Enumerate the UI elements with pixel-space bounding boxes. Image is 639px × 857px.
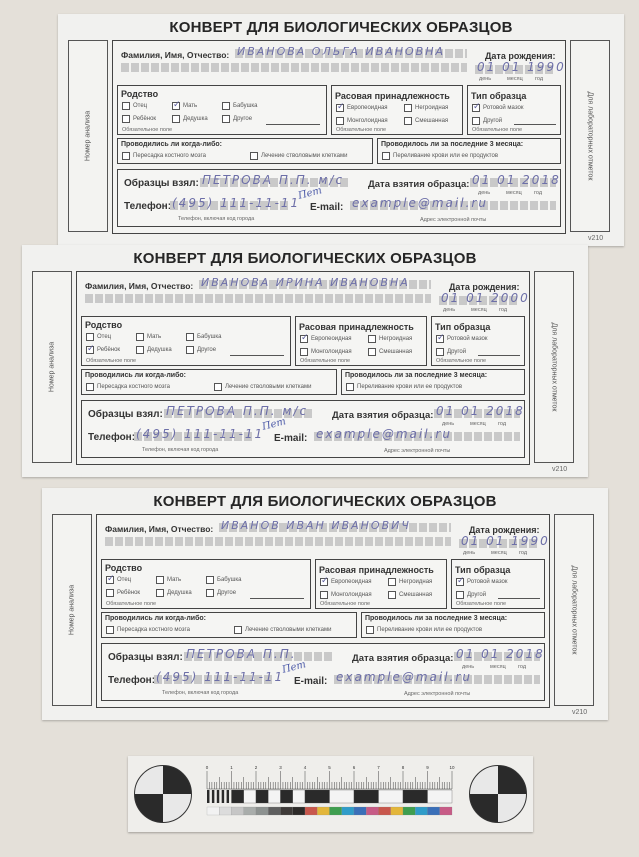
option-label: Монголоидная [311, 349, 352, 355]
analysis-number-box[interactable]: Номер анализа [52, 514, 92, 706]
option-label: Пересадка костного мозга [117, 627, 190, 633]
ever-title: Проводились ли когда-либо: [85, 372, 186, 379]
ever-title: Проводились ли когда-либо: [105, 615, 206, 622]
dob-year-caption: год [499, 307, 507, 313]
color-scale-ruler-card: 012345678910 [128, 756, 533, 832]
sample-type-panel: Тип образцаРотовой мазокДругойОбязательн… [467, 85, 561, 135]
biosample-envelope-form-2: КОНВЕРТ ДЛЯ БИОЛОГИЧЕСКИХ ОБРАЗЦОВНомер … [22, 245, 588, 477]
checkbox[interactable] [136, 346, 144, 354]
option-label: Другое [197, 347, 216, 353]
svg-text:4: 4 [304, 765, 307, 770]
kinship-option[interactable]: Бабушка [206, 576, 242, 584]
dob-month-caption: месяц [491, 550, 507, 556]
ever-option[interactable]: Лечение стволовыми клетками [214, 383, 311, 391]
checkbox[interactable] [472, 104, 480, 112]
checkbox[interactable] [206, 589, 214, 597]
checkbox[interactable] [388, 591, 396, 599]
signature: Пет [281, 659, 307, 676]
checkbox[interactable] [122, 115, 130, 123]
sampler-panel: Образцы взял:ПЕТРОВА П.П.ПетДата взятия … [101, 643, 545, 701]
option-label: Бабушка [197, 334, 222, 340]
svg-text:5: 5 [328, 765, 331, 770]
required-note: Обязательное поле [436, 358, 486, 364]
kinship-option[interactable]: Отец [106, 576, 131, 584]
dob-day-caption: день [463, 550, 475, 556]
svg-text:3: 3 [279, 765, 282, 770]
calibration-target-right [469, 765, 527, 823]
checkbox[interactable] [106, 576, 114, 584]
kinship-option[interactable]: Ребёнок [86, 346, 120, 354]
other-kinship-line[interactable] [266, 124, 320, 125]
checkbox[interactable] [404, 117, 412, 125]
kinship-option[interactable]: Другое [206, 589, 236, 597]
other-kinship-line[interactable] [250, 598, 304, 599]
other-sample-line[interactable] [498, 598, 540, 599]
dob-value[interactable]: 01 01 1990 [477, 60, 566, 74]
checkbox[interactable] [320, 591, 328, 599]
signature: Пет [261, 416, 287, 433]
option-label: Пересадка костного мозга [133, 153, 206, 159]
checkbox[interactable] [186, 346, 194, 354]
sampler-panel: Образцы взял:ПЕТРОВА П.П. м/сПетДата взя… [81, 400, 525, 458]
kinship-option[interactable]: Мать [136, 333, 161, 341]
fio-label: Фамилия, Имя, Отчество: [85, 281, 193, 291]
lab-notes-label: Для лабораторных отметок [551, 323, 558, 412]
taken-by-value[interactable]: ПЕТРОВА П.П. м/с [166, 404, 308, 418]
checkbox[interactable] [456, 578, 464, 586]
checkbox[interactable] [156, 589, 164, 597]
taken-by-value[interactable]: ПЕТРОВА П.П. [186, 647, 297, 661]
ever-option[interactable]: Пересадка костного мозга [86, 383, 170, 391]
option-label: Ротовой мазок [483, 105, 523, 111]
checkbox[interactable] [122, 152, 130, 160]
sample-date-year-caption: год [534, 190, 542, 196]
svg-text:8: 8 [402, 765, 405, 770]
ever-option[interactable]: Пересадка костного мозга [122, 152, 206, 160]
checkbox[interactable] [300, 335, 308, 343]
race-option[interactable]: Негроидная [404, 104, 448, 112]
checkbox[interactable] [122, 102, 130, 110]
option-label: Переливание крови или ее продуктов [393, 153, 498, 159]
option-label: Негроидная [399, 579, 432, 585]
option-label: Смешанная [415, 118, 448, 124]
fio-label: Фамилия, Имя, Отчество: [105, 524, 213, 534]
analysis-number-box[interactable]: Номер анализа [32, 271, 72, 463]
required-note: Обязательное поле [336, 127, 386, 133]
required-note: Обязательное поле [472, 127, 522, 133]
checkbox[interactable] [156, 576, 164, 584]
checkbox[interactable] [106, 626, 114, 634]
option-label: Другой [467, 592, 486, 598]
option-label: Негроидная [379, 336, 412, 342]
sample-date-month-caption: месяц [470, 421, 486, 427]
form-title: КОНВЕРТ ДЛЯ БИОЛОГИЧЕСКИХ ОБРАЗЦОВ [42, 493, 608, 510]
taken-by-value[interactable]: ПЕТРОВА П.П. м/с [202, 173, 344, 187]
kinship-option[interactable]: Дедушка [172, 115, 208, 123]
sample-date-year-caption: год [498, 421, 506, 427]
ever-option[interactable]: Пересадка костного мозга [106, 626, 190, 634]
dob-day-caption: день [479, 76, 491, 82]
ever-option[interactable]: Лечение стволовыми клетками [250, 152, 347, 160]
checkbox[interactable] [436, 335, 444, 343]
fio-cells-row2 [105, 537, 451, 546]
phone-label: Телефон: [88, 432, 135, 443]
checkbox[interactable] [300, 348, 308, 356]
sample-date-month-caption: месяц [490, 664, 506, 670]
race-option[interactable]: Монголоидная [336, 117, 388, 125]
checkbox[interactable] [250, 152, 258, 160]
lab-notes-label: Для лабораторных отметок [571, 566, 578, 655]
other-sample-line[interactable] [514, 124, 556, 125]
form-main-area: Фамилия, Имя, Отчество:ИВАНОВА ОЛЬГА ИВА… [112, 40, 566, 234]
fio-value[interactable]: ИВАНОВА ОЛЬГА ИВАНОВНА [237, 45, 445, 58]
option-label: Негроидная [415, 105, 448, 111]
dob-value[interactable]: 01 01 1990 [461, 534, 550, 548]
other-kinship-line[interactable] [230, 355, 284, 356]
kinship-option[interactable]: Другое [222, 115, 252, 123]
race-option[interactable]: Монголоидная [320, 591, 372, 599]
email-hint: Адрес электронной почты [420, 217, 486, 223]
option-label: Монголоидная [331, 592, 372, 598]
race-option[interactable]: Негроидная [368, 335, 412, 343]
kinship-option[interactable]: Отец [122, 102, 147, 110]
option-label: Монголоидная [347, 118, 388, 124]
race-title: Расовая принадлежность [299, 322, 414, 332]
kinship-option[interactable]: Бабушка [186, 333, 222, 341]
taken-by-label: Образцы взял: [124, 178, 199, 189]
checkbox[interactable] [404, 104, 412, 112]
checkbox[interactable] [136, 333, 144, 341]
required-note: Обязательное поле [106, 601, 156, 607]
option-label: Европеоидная [331, 579, 372, 585]
race-option[interactable]: Смешанная [388, 591, 432, 599]
race-option[interactable]: Европеоидная [320, 578, 372, 586]
svg-text:0: 0 [206, 765, 209, 770]
sample-type-panel: Тип образцаРотовой мазокДругойОбязательн… [431, 316, 525, 366]
recent-title: Проводилось ли за последние 3 месяца: [345, 372, 487, 379]
kinship-option[interactable]: Дедушка [156, 589, 192, 597]
svg-text:1: 1 [230, 765, 233, 770]
email-value[interactable]: example@mail.ru [352, 196, 488, 210]
option-label: Дедушка [167, 590, 192, 596]
recent-procedures-panel: Проводилось ли за последние 3 месяца:Пер… [377, 138, 561, 164]
dob-year-caption: год [535, 76, 543, 82]
form-version: v210 [588, 235, 603, 242]
recent-option[interactable]: Переливание крови или ее продуктов [366, 626, 482, 634]
option-label: Дедушка [183, 116, 208, 122]
kinship-panel: РодствоОтецМатьБабушкаРебёнокДедушкаДруг… [117, 85, 327, 135]
kinship-title: Родство [105, 563, 142, 573]
taken-by-label: Образцы взял: [88, 409, 163, 420]
ever-procedures-panel: Проводились ли когда-либо:Пересадка кост… [101, 612, 357, 638]
fio-cells-row2 [85, 294, 431, 303]
kinship-option[interactable]: Дедушка [136, 346, 172, 354]
biosample-envelope-form-3: КОНВЕРТ ДЛЯ БИОЛОГИЧЕСКИХ ОБРАЗЦОВНомер … [42, 488, 608, 720]
sample-type-option[interactable]: Другой [436, 348, 466, 356]
checkbox[interactable] [172, 102, 180, 110]
kinship-option[interactable]: Мать [156, 576, 181, 584]
form-version: v210 [552, 466, 567, 473]
checkbox[interactable] [382, 152, 390, 160]
race-option[interactable]: Смешанная [404, 117, 448, 125]
fio-value[interactable]: ИВАНОВА ИРИНА ИВАНОВНА [201, 276, 410, 289]
kinship-option[interactable]: Ребёнок [122, 115, 156, 123]
race-option[interactable]: Негроидная [388, 578, 432, 586]
fio-cells-row2 [121, 63, 467, 72]
checkbox[interactable] [368, 335, 376, 343]
option-label: Отец [97, 334, 111, 340]
checkbox[interactable] [472, 117, 480, 125]
race-panel: Расовая принадлежностьЕвропеоиднаяНегрои… [315, 559, 447, 609]
option-label: Другое [233, 116, 252, 122]
email-hint: Адрес электронной почты [404, 691, 470, 697]
checkbox[interactable] [346, 383, 354, 391]
email-hint: Адрес электронной почты [384, 448, 450, 454]
checkbox[interactable] [366, 626, 374, 634]
phone-hint: Телефон, включая код города [142, 447, 218, 453]
ever-procedures-panel: Проводились ли когда-либо:Пересадка кост… [117, 138, 373, 164]
kinship-option[interactable]: Ребёнок [106, 589, 140, 597]
recent-option[interactable]: Переливание крови или ее продуктов [346, 383, 462, 391]
email-label: E-mail: [274, 433, 307, 444]
lab-notes-box[interactable]: Для лабораторных отметок [554, 514, 594, 706]
email-value[interactable]: example@mail.ru [336, 670, 472, 684]
option-label: Другой [447, 349, 466, 355]
recent-option[interactable]: Переливание крови или ее продуктов [382, 152, 498, 160]
sample-type-title: Тип образца [471, 91, 526, 101]
phone-value[interactable]: (495) 111-11-11 [172, 196, 300, 210]
biosample-envelope-form-1: КОНВЕРТ ДЛЯ БИОЛОГИЧЕСКИХ ОБРАЗЦОВНомер … [58, 14, 624, 246]
race-panel: Расовая принадлежностьЕвропеоиднаяНегрои… [331, 85, 463, 135]
option-label: Мать [167, 577, 181, 583]
option-label: Отец [133, 103, 147, 109]
kinship-option[interactable]: Бабушка [222, 102, 258, 110]
kinship-title: Родство [121, 89, 158, 99]
kinship-panel: РодствоОтецМатьБабушкаРебёнокДедушкаДруг… [101, 559, 311, 609]
dob-month-caption: месяц [507, 76, 523, 82]
form-title: КОНВЕРТ ДЛЯ БИОЛОГИЧЕСКИХ ОБРАЗЦОВ [58, 19, 624, 36]
svg-text:9: 9 [426, 765, 429, 770]
sample-date-year-caption: год [518, 664, 526, 670]
checkbox[interactable] [222, 102, 230, 110]
sample-date-label: Дата взятия образца: [352, 653, 453, 664]
svg-text:7: 7 [377, 765, 380, 770]
email-label: E-mail: [310, 202, 343, 213]
email-label: E-mail: [294, 676, 327, 687]
checkbox[interactable] [436, 348, 444, 356]
sample-type-option[interactable]: Другой [472, 117, 502, 125]
checkbox[interactable] [86, 333, 94, 341]
race-panel: Расовая принадлежностьЕвропеоиднаяНегрои… [295, 316, 427, 366]
lab-notes-label: Для лабораторных отметок [587, 92, 594, 181]
race-title: Расовая принадлежность [335, 91, 450, 101]
checkbox[interactable] [336, 117, 344, 125]
kinship-option[interactable]: Другое [186, 346, 216, 354]
option-label: Бабушка [233, 103, 258, 109]
sample-type-option[interactable]: Другой [456, 591, 486, 599]
dob-month-caption: месяц [471, 307, 487, 313]
analysis-number-label: Номер анализа [69, 585, 76, 635]
race-option[interactable]: Европеоидная [336, 104, 388, 112]
svg-text:10: 10 [449, 765, 455, 770]
checkbox[interactable] [368, 348, 376, 356]
ever-option[interactable]: Лечение стволовыми клетками [234, 626, 331, 634]
dob-year-caption: год [519, 550, 527, 556]
form-main-area: Фамилия, Имя, Отчество:ИВАНОВ ИВАН ИВАНО… [96, 514, 550, 708]
form-version: v210 [572, 709, 587, 716]
checkbox[interactable] [388, 578, 396, 586]
recent-title: Проводилось ли за последние 3 месяца: [381, 141, 523, 148]
checkbox[interactable] [214, 383, 222, 391]
phone-value[interactable]: (495) 111-11-11 [156, 670, 284, 684]
sample-date-month-caption: месяц [506, 190, 522, 196]
required-note: Обязательное поле [320, 601, 370, 607]
fio-value[interactable]: ИВАНОВ ИВАН ИВАНОВИЧ [221, 519, 411, 532]
ever-procedures-panel: Проводились ли когда-либо:Пересадка кост… [81, 369, 337, 395]
checkbox[interactable] [186, 333, 194, 341]
kinship-title: Родство [85, 320, 122, 330]
option-label: Отец [117, 577, 131, 583]
sample-date-label: Дата взятия образца: [332, 410, 433, 421]
option-label: Дедушка [147, 347, 172, 353]
checkbox[interactable] [106, 589, 114, 597]
option-label: Европеоидная [347, 105, 388, 111]
option-label: Европеоидная [311, 336, 352, 342]
option-label: Другой [483, 118, 502, 124]
ever-title: Проводились ли когда-либо: [121, 141, 222, 148]
phone-hint: Телефон, включая код города [162, 690, 238, 696]
checkbox[interactable] [320, 578, 328, 586]
option-label: Переливание крови или ее продуктов [357, 384, 462, 390]
kinship-option[interactable]: Отец [86, 333, 111, 341]
required-note: Обязательное поле [300, 358, 350, 364]
option-label: Переливание крови или ее продуктов [377, 627, 482, 633]
option-label: Ребёнок [133, 116, 156, 122]
phone-hint: Телефон, включая код города [178, 216, 254, 222]
sampler-panel: Образцы взял:ПЕТРОВА П.П. м/сПетДата взя… [117, 169, 561, 227]
email-value[interactable]: example@mail.ru [316, 427, 452, 441]
recent-procedures-panel: Проводилось ли за последние 3 месяца:Пер… [361, 612, 545, 638]
checkbox[interactable] [86, 346, 94, 354]
recent-title: Проводилось ли за последние 3 месяца: [365, 615, 507, 622]
sample-type-option[interactable]: Ротовой мазок [472, 104, 523, 112]
checkbox[interactable] [86, 383, 94, 391]
option-label: Лечение стволовыми клетками [225, 384, 311, 390]
option-label: Другое [217, 590, 236, 596]
kinship-option[interactable]: Мать [172, 102, 197, 110]
svg-text:2: 2 [255, 765, 258, 770]
dob-day-caption: день [443, 307, 455, 313]
sample-type-title: Тип образца [435, 322, 490, 332]
phone-label: Телефон: [108, 675, 155, 686]
kinship-panel: РодствоОтецМатьБабушкаРебёнокДедушкаДруг… [81, 316, 291, 366]
svg-text:6: 6 [353, 765, 356, 770]
sample-type-title: Тип образца [455, 565, 510, 575]
race-title: Расовая принадлежность [319, 565, 434, 575]
other-sample-line[interactable] [478, 355, 520, 356]
analysis-number-box[interactable]: Номер анализа [68, 40, 108, 232]
fio-label: Фамилия, Имя, Отчество: [121, 50, 229, 60]
lab-notes-box[interactable]: Для лабораторных отметок [534, 271, 574, 463]
phone-label: Телефон: [124, 201, 171, 212]
sample-date-value[interactable]: 01 01 2018 [436, 404, 525, 418]
option-label: Ребёнок [117, 590, 140, 596]
checkbox[interactable] [222, 115, 230, 123]
option-label: Ребёнок [97, 347, 120, 353]
checkbox[interactable] [206, 576, 214, 584]
analysis-number-label: Номер анализа [49, 342, 56, 392]
sample-type-option[interactable]: Ротовой мазок [436, 335, 487, 343]
checkbox[interactable] [336, 104, 344, 112]
race-option[interactable]: Монголоидная [300, 348, 352, 356]
race-option[interactable]: Европеоидная [300, 335, 352, 343]
option-label: Ротовой мазок [447, 336, 487, 342]
checkbox[interactable] [234, 626, 242, 634]
option-label: Лечение стволовыми клетками [245, 627, 331, 633]
checkbox[interactable] [172, 115, 180, 123]
sample-type-option[interactable]: Ротовой мазок [456, 578, 507, 586]
option-label: Мать [183, 103, 197, 109]
recent-procedures-panel: Проводилось ли за последние 3 месяца:Пер… [341, 369, 525, 395]
calibration-target-left [134, 765, 192, 823]
dob-value[interactable]: 01 01 2000 [441, 291, 530, 305]
option-label: Лечение стволовыми клетками [261, 153, 347, 159]
sample-date-label: Дата взятия образца: [368, 179, 469, 190]
option-label: Пересадка костного мозга [97, 384, 170, 390]
sample-type-panel: Тип образцаРотовой мазокДругойОбязательн… [451, 559, 545, 609]
option-label: Мать [147, 334, 161, 340]
option-label: Ротовой мазок [467, 579, 507, 585]
checkbox[interactable] [456, 591, 464, 599]
analysis-number-label: Номер анализа [85, 111, 92, 161]
race-option[interactable]: Смешанная [368, 348, 412, 356]
option-label: Смешанная [379, 349, 412, 355]
taken-by-label: Образцы взял: [108, 652, 183, 663]
required-note: Обязательное поле [456, 601, 506, 607]
phone-value[interactable]: (495) 111-11-11 [136, 427, 264, 441]
required-note: Обязательное поле [122, 127, 172, 133]
signature: Пет [297, 185, 323, 202]
sample-date-value[interactable]: 01 01 2018 [456, 647, 545, 661]
form-main-area: Фамилия, Имя, Отчество:ИВАНОВА ИРИНА ИВА… [76, 271, 530, 465]
lab-notes-box[interactable]: Для лабораторных отметок [570, 40, 610, 232]
option-label: Смешанная [399, 592, 432, 598]
option-label: Бабушка [217, 577, 242, 583]
required-note: Обязательное поле [86, 358, 136, 364]
measurement-scale: 012345678910 [204, 762, 455, 828]
form-title: КОНВЕРТ ДЛЯ БИОЛОГИЧЕСКИХ ОБРАЗЦОВ [22, 250, 588, 267]
sample-date-value[interactable]: 01 01 2018 [472, 173, 561, 187]
